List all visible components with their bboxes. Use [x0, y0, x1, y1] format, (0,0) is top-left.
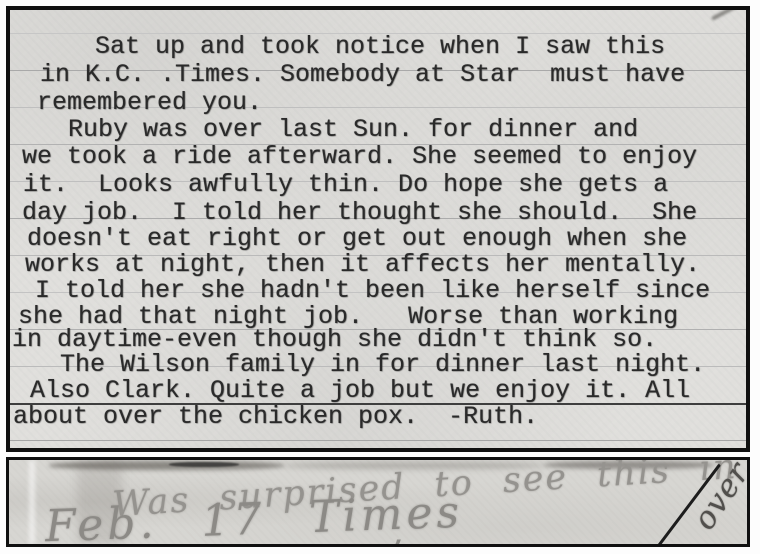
handwriting-line-1: Was surprised to see this in: [111, 457, 738, 525]
typed-line: about over the chicken pox. -Ruth.: [13, 404, 538, 429]
scanned-postcard-page: Sat up and took notice when I saw thisin…: [0, 0, 760, 554]
paper-crease: [29, 460, 35, 544]
typed-line: The Wilson family in for dinner last nig…: [60, 352, 705, 377]
over-slash-mark: [656, 464, 721, 547]
typed-line: in daytime-even though she didn't think …: [12, 327, 657, 352]
typed-line: I told her she hadn't been like herself …: [35, 278, 710, 303]
note-strip: Was surprised to see this in Feb. 17 Tim…: [6, 457, 750, 547]
typed-line: works at night, then it affects her ment…: [25, 252, 700, 277]
corner-crease-mark: [711, 6, 743, 21]
typed-line: Sat up and took notice when I saw this: [95, 34, 665, 59]
typed-line: it. Looks awfully thin. Do hope she gets…: [23, 172, 668, 197]
handwriting-comma: ,: [391, 508, 404, 547]
typed-line: day job. I told her thought she should. …: [22, 200, 697, 225]
paper-shadow: [77, 460, 122, 544]
typed-line: Ruby was over last Sun. for dinner and: [68, 117, 638, 142]
typed-line: remembered you.: [37, 90, 262, 115]
smudge-mark: [544, 461, 714, 469]
smudge-mark: [284, 462, 544, 469]
typed-line: Also Clark. Quite a job but we enjoy it.…: [30, 378, 690, 403]
typed-card: Sat up and took notice when I saw thisin…: [6, 6, 750, 452]
typed-line: in K.C. .Times. Somebody at Star must ha…: [40, 62, 685, 87]
typed-line: we took a ride afterward. She seemed to …: [22, 144, 697, 169]
ruled-line: [10, 440, 746, 441]
typed-line: doesn't eat right or get out enough when…: [27, 226, 687, 251]
smudge-mark: [169, 462, 239, 467]
